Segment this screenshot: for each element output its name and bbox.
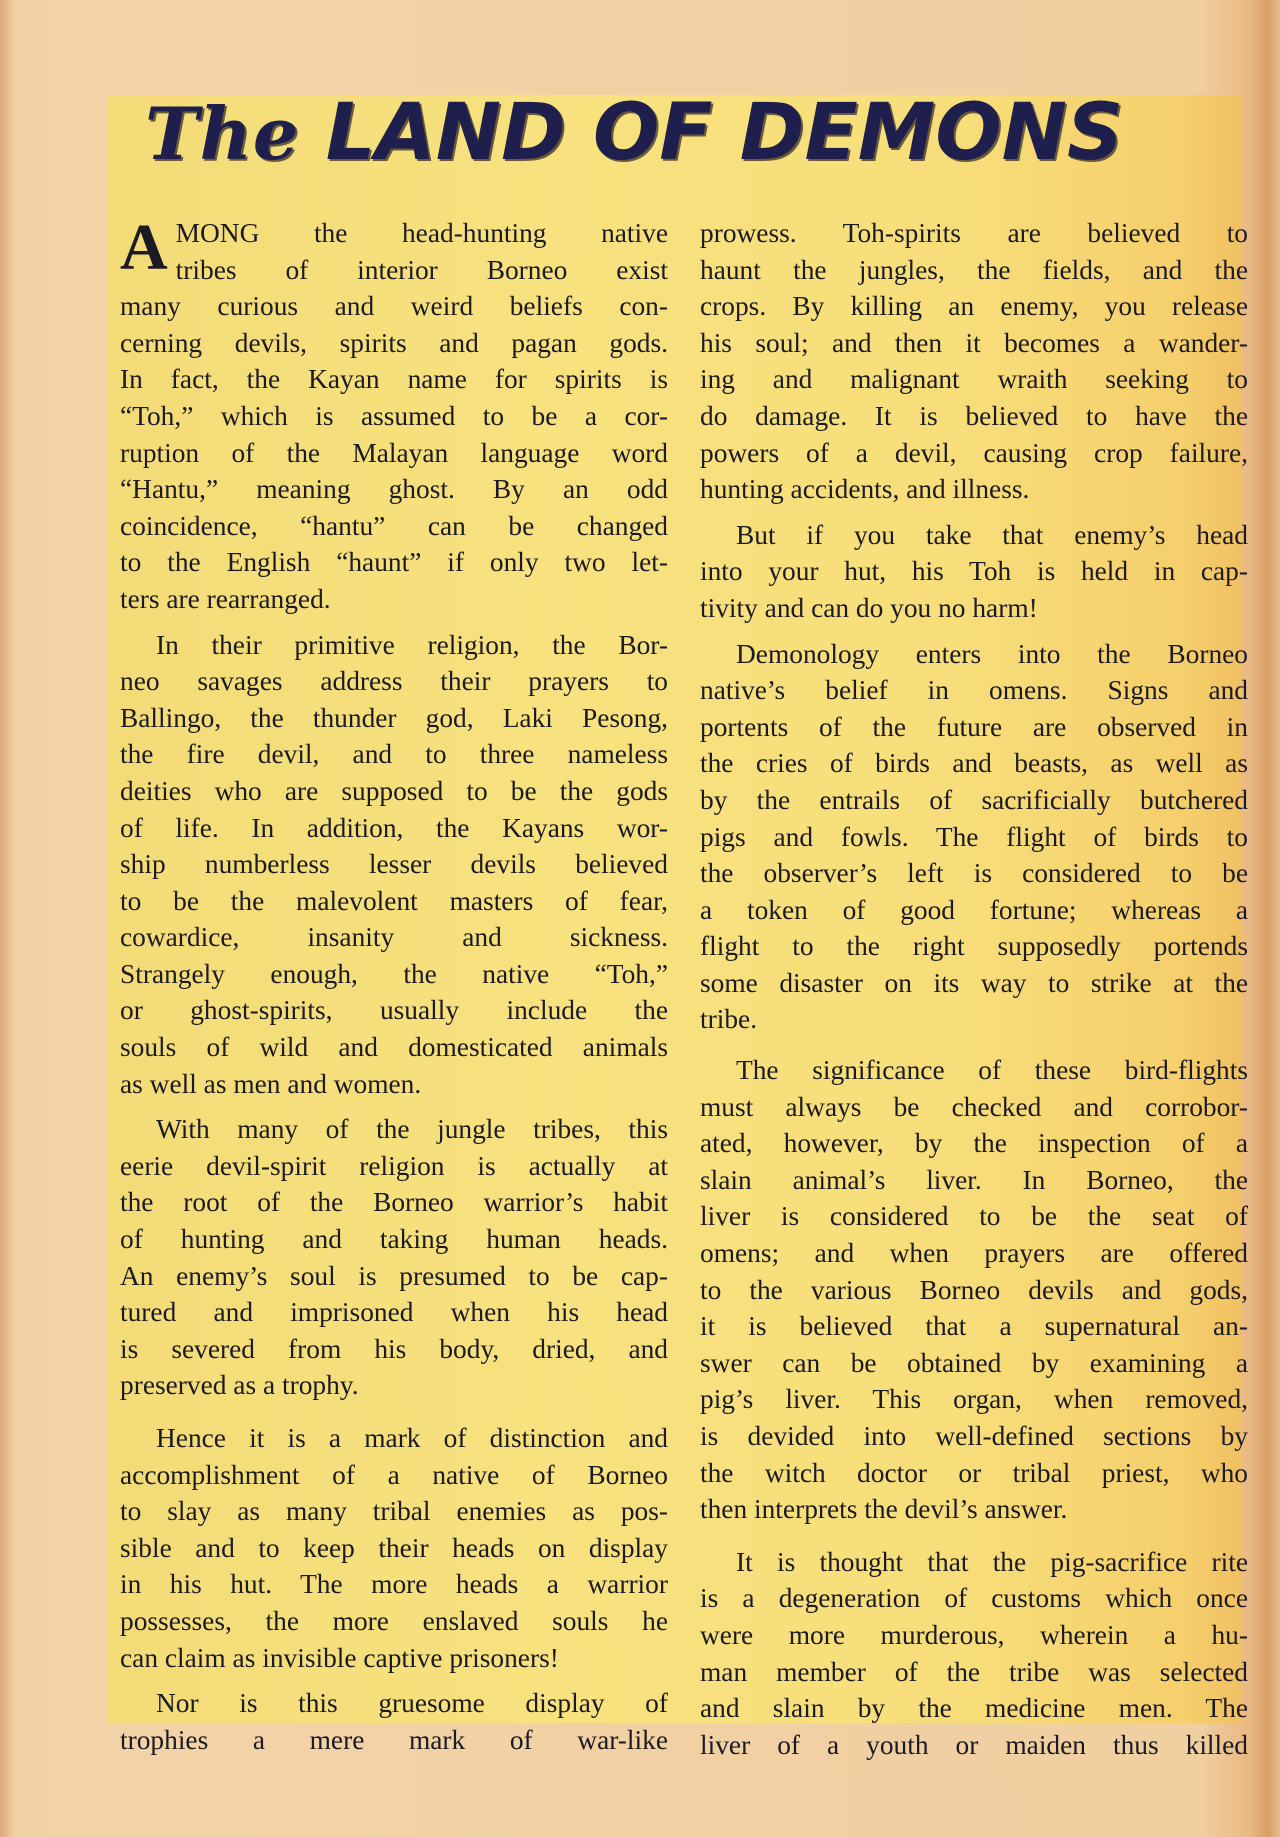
text-line: tribes of interior Borneo exist <box>120 252 668 289</box>
text-line: haunt the jungles, the fields, and the <box>700 252 1248 289</box>
paragraph-4: Hence it is a mark of distinction and ac… <box>120 1420 668 1676</box>
text-line: hunting accidents, and illness. <box>700 471 1248 508</box>
text-line: his soul; and then it becomes a wander- <box>700 325 1248 362</box>
text-line: man member of the tribe was selected <box>700 1654 1248 1691</box>
text-line: can claim as invisible captive prisoners… <box>120 1640 668 1677</box>
text-line: the witch doctor or tribal priest, who <box>700 1455 1248 1492</box>
text-line: to the various Borneo devils and gods, <box>700 1272 1248 1309</box>
text-line: slain animal’s liver. In Borneo, the <box>700 1162 1248 1199</box>
text-line: souls of wild and domesticated animals <box>120 1029 668 1066</box>
text-line: The significance of these bird-flights <box>700 1052 1248 1089</box>
text-line: Ballingo, the thunder god, Laki Pesong, <box>120 700 668 737</box>
paragraph-8: Demonology enters into the Borneo native… <box>700 636 1248 1039</box>
text-line: trophies a mere mark of war-like <box>120 1722 668 1759</box>
text-line: to be the malevolent masters of fear, <box>120 883 668 920</box>
drop-cap: A <box>120 221 168 275</box>
text-line: Strangely enough, the native “Toh,” <box>120 956 668 993</box>
text-line: “Toh,” which is assumed to be a cor- <box>120 398 668 435</box>
text-line: Demonology enters into the Borneo <box>700 636 1248 673</box>
text-line: to the English “haunt” if only two let- <box>120 544 668 581</box>
text-line: the fire devil, and to three nameless <box>120 736 668 773</box>
page-title: The LAND OF DEMONS <box>145 88 1245 198</box>
text-line: in his hut. The more heads a warrior <box>120 1566 668 1603</box>
right-column: prowess. Toh-spirits are believed to hau… <box>700 215 1248 1772</box>
text-line: coincidence, “hantu” can be changed <box>120 508 668 545</box>
text-line: An enemy’s soul is presumed to be cap- <box>120 1258 668 1295</box>
paragraph-5: Nor is this gruesome display of trophies… <box>120 1685 668 1758</box>
text-line: powers of a devil, causing crop failure, <box>700 435 1248 472</box>
paragraph-7: But if you take that enemy’s head into y… <box>700 517 1248 627</box>
text-line: ruption of the Malayan language word <box>120 435 668 472</box>
paragraph-9: The significance of these bird-flights m… <box>700 1052 1248 1528</box>
text-line: In fact, the Kayan name for spirits is <box>120 361 668 398</box>
text-line: It is thought that the pig-sacrifice rit… <box>700 1544 1248 1581</box>
text-line: But if you take that enemy’s head <box>700 517 1248 554</box>
text-line: Nor is this gruesome display of <box>120 1685 668 1722</box>
text-line: omens; and when prayers are offered <box>700 1235 1248 1272</box>
text-line: tribe. <box>700 1001 1248 1038</box>
text-line: cerning devils, spirits and pagan gods. <box>120 325 668 362</box>
text-line: do damage. It is believed to have the <box>700 398 1248 435</box>
text-line: possesses, the more enslaved souls he <box>120 1603 668 1640</box>
text-line: of hunting and taking human heads. <box>120 1221 668 1258</box>
text-line: liver is considered to be the seat of <box>700 1198 1248 1235</box>
text-line: the observer’s left is considered to be <box>700 855 1248 892</box>
text-line: tivity and can do you no harm! <box>700 590 1248 627</box>
text-line: must always be checked and corrobor- <box>700 1089 1248 1126</box>
text-line: by the entrails of sacrificially butcher… <box>700 782 1248 819</box>
paragraph-1: A MONG the head-hunting native tribes of… <box>120 215 668 618</box>
text-line: ated, however, by the inspection of a <box>700 1125 1248 1162</box>
text-line: preserved as a trophy. <box>120 1367 668 1404</box>
comic-text-page: The LAND OF DEMONS A MONG the head-hunti… <box>0 0 1280 1837</box>
text-line: is devided into well-defined sections by <box>700 1418 1248 1455</box>
text-line: into your hut, his Toh is held in cap- <box>700 553 1248 590</box>
text-line: deities who are supposed to be the gods <box>120 773 668 810</box>
text-line: then interprets the devil’s answer. <box>700 1491 1248 1528</box>
text-line: many curious and weird beliefs con- <box>120 288 668 325</box>
text-line: or ghost-spirits, usually include the <box>120 992 668 1029</box>
text-line: With many of the jungle tribes, this <box>120 1111 668 1148</box>
text-line: were more murderous, wherein a hu- <box>700 1617 1248 1654</box>
title-prefix: The <box>145 91 300 176</box>
text-line: of life. In addition, the Kayans wor- <box>120 810 668 847</box>
paragraph-2: In their primitive religion, the Bor- ne… <box>120 627 668 1103</box>
text-line: it is believed that a supernatural an- <box>700 1308 1248 1345</box>
text-line: ing and malignant wraith seeking to <box>700 361 1248 398</box>
paragraph-3: With many of the jungle tribes, this eer… <box>120 1111 668 1404</box>
text-line: a token of good fortune; whereas a <box>700 892 1248 929</box>
text-line: accomplishment of a native of Borneo <box>120 1457 668 1494</box>
text-line: the root of the Borneo warrior’s habit <box>120 1184 668 1221</box>
text-line: neo savages address their prayers to <box>120 663 668 700</box>
text-line: prowess. Toh-spirits are believed to <box>700 215 1248 252</box>
text-line: ship numberless lesser devils believed <box>120 846 668 883</box>
paragraph-10: It is thought that the pig-sacrifice rit… <box>700 1544 1248 1764</box>
text-line: Hence it is a mark of distinction and <box>120 1420 668 1457</box>
left-column: A MONG the head-hunting native tribes of… <box>120 215 668 1767</box>
text-line: is severed from his body, dried, and <box>120 1331 668 1368</box>
text-line: crops. By killing an enemy, you release <box>700 288 1248 325</box>
paragraph-6: prowess. Toh-spirits are believed to hau… <box>700 215 1248 508</box>
text-line: swer can be obtained by examining a <box>700 1345 1248 1382</box>
text-line: cowardice, insanity and sickness. <box>120 919 668 956</box>
text-line: and slain by the medicine men. The <box>700 1690 1248 1727</box>
text-line: sible and to keep their heads on display <box>120 1530 668 1567</box>
text-line: the cries of birds and beasts, as well a… <box>700 745 1248 782</box>
text-line: pig’s liver. This organ, when removed, <box>700 1381 1248 1418</box>
text-line: some disaster on its way to strike at th… <box>700 965 1248 1002</box>
text-line: “Hantu,” meaning ghost. By an odd <box>120 471 668 508</box>
text-line: is a degeneration of customs which once <box>700 1580 1248 1617</box>
text-line: portents of the future are observed in <box>700 709 1248 746</box>
text-line: ters are rearranged. <box>120 581 668 618</box>
text-line: to slay as many tribal enemies as pos- <box>120 1493 668 1530</box>
text-line: pigs and fowls. The flight of birds to <box>700 819 1248 856</box>
text-line: liver of a youth or maiden thus killed <box>700 1727 1248 1764</box>
text-line: MONG the head-hunting native <box>120 215 668 252</box>
text-line: as well as men and women. <box>120 1066 668 1103</box>
text-line: eerie devil-spirit religion is actually … <box>120 1148 668 1185</box>
text-line: In their primitive religion, the Bor- <box>120 627 668 664</box>
text-line: tured and imprisoned when his head <box>120 1294 668 1331</box>
text-line: flight to the right supposedly portends <box>700 928 1248 965</box>
title-main: LAND OF DEMONS <box>326 88 1123 178</box>
text-line: native’s belief in omens. Signs and <box>700 672 1248 709</box>
